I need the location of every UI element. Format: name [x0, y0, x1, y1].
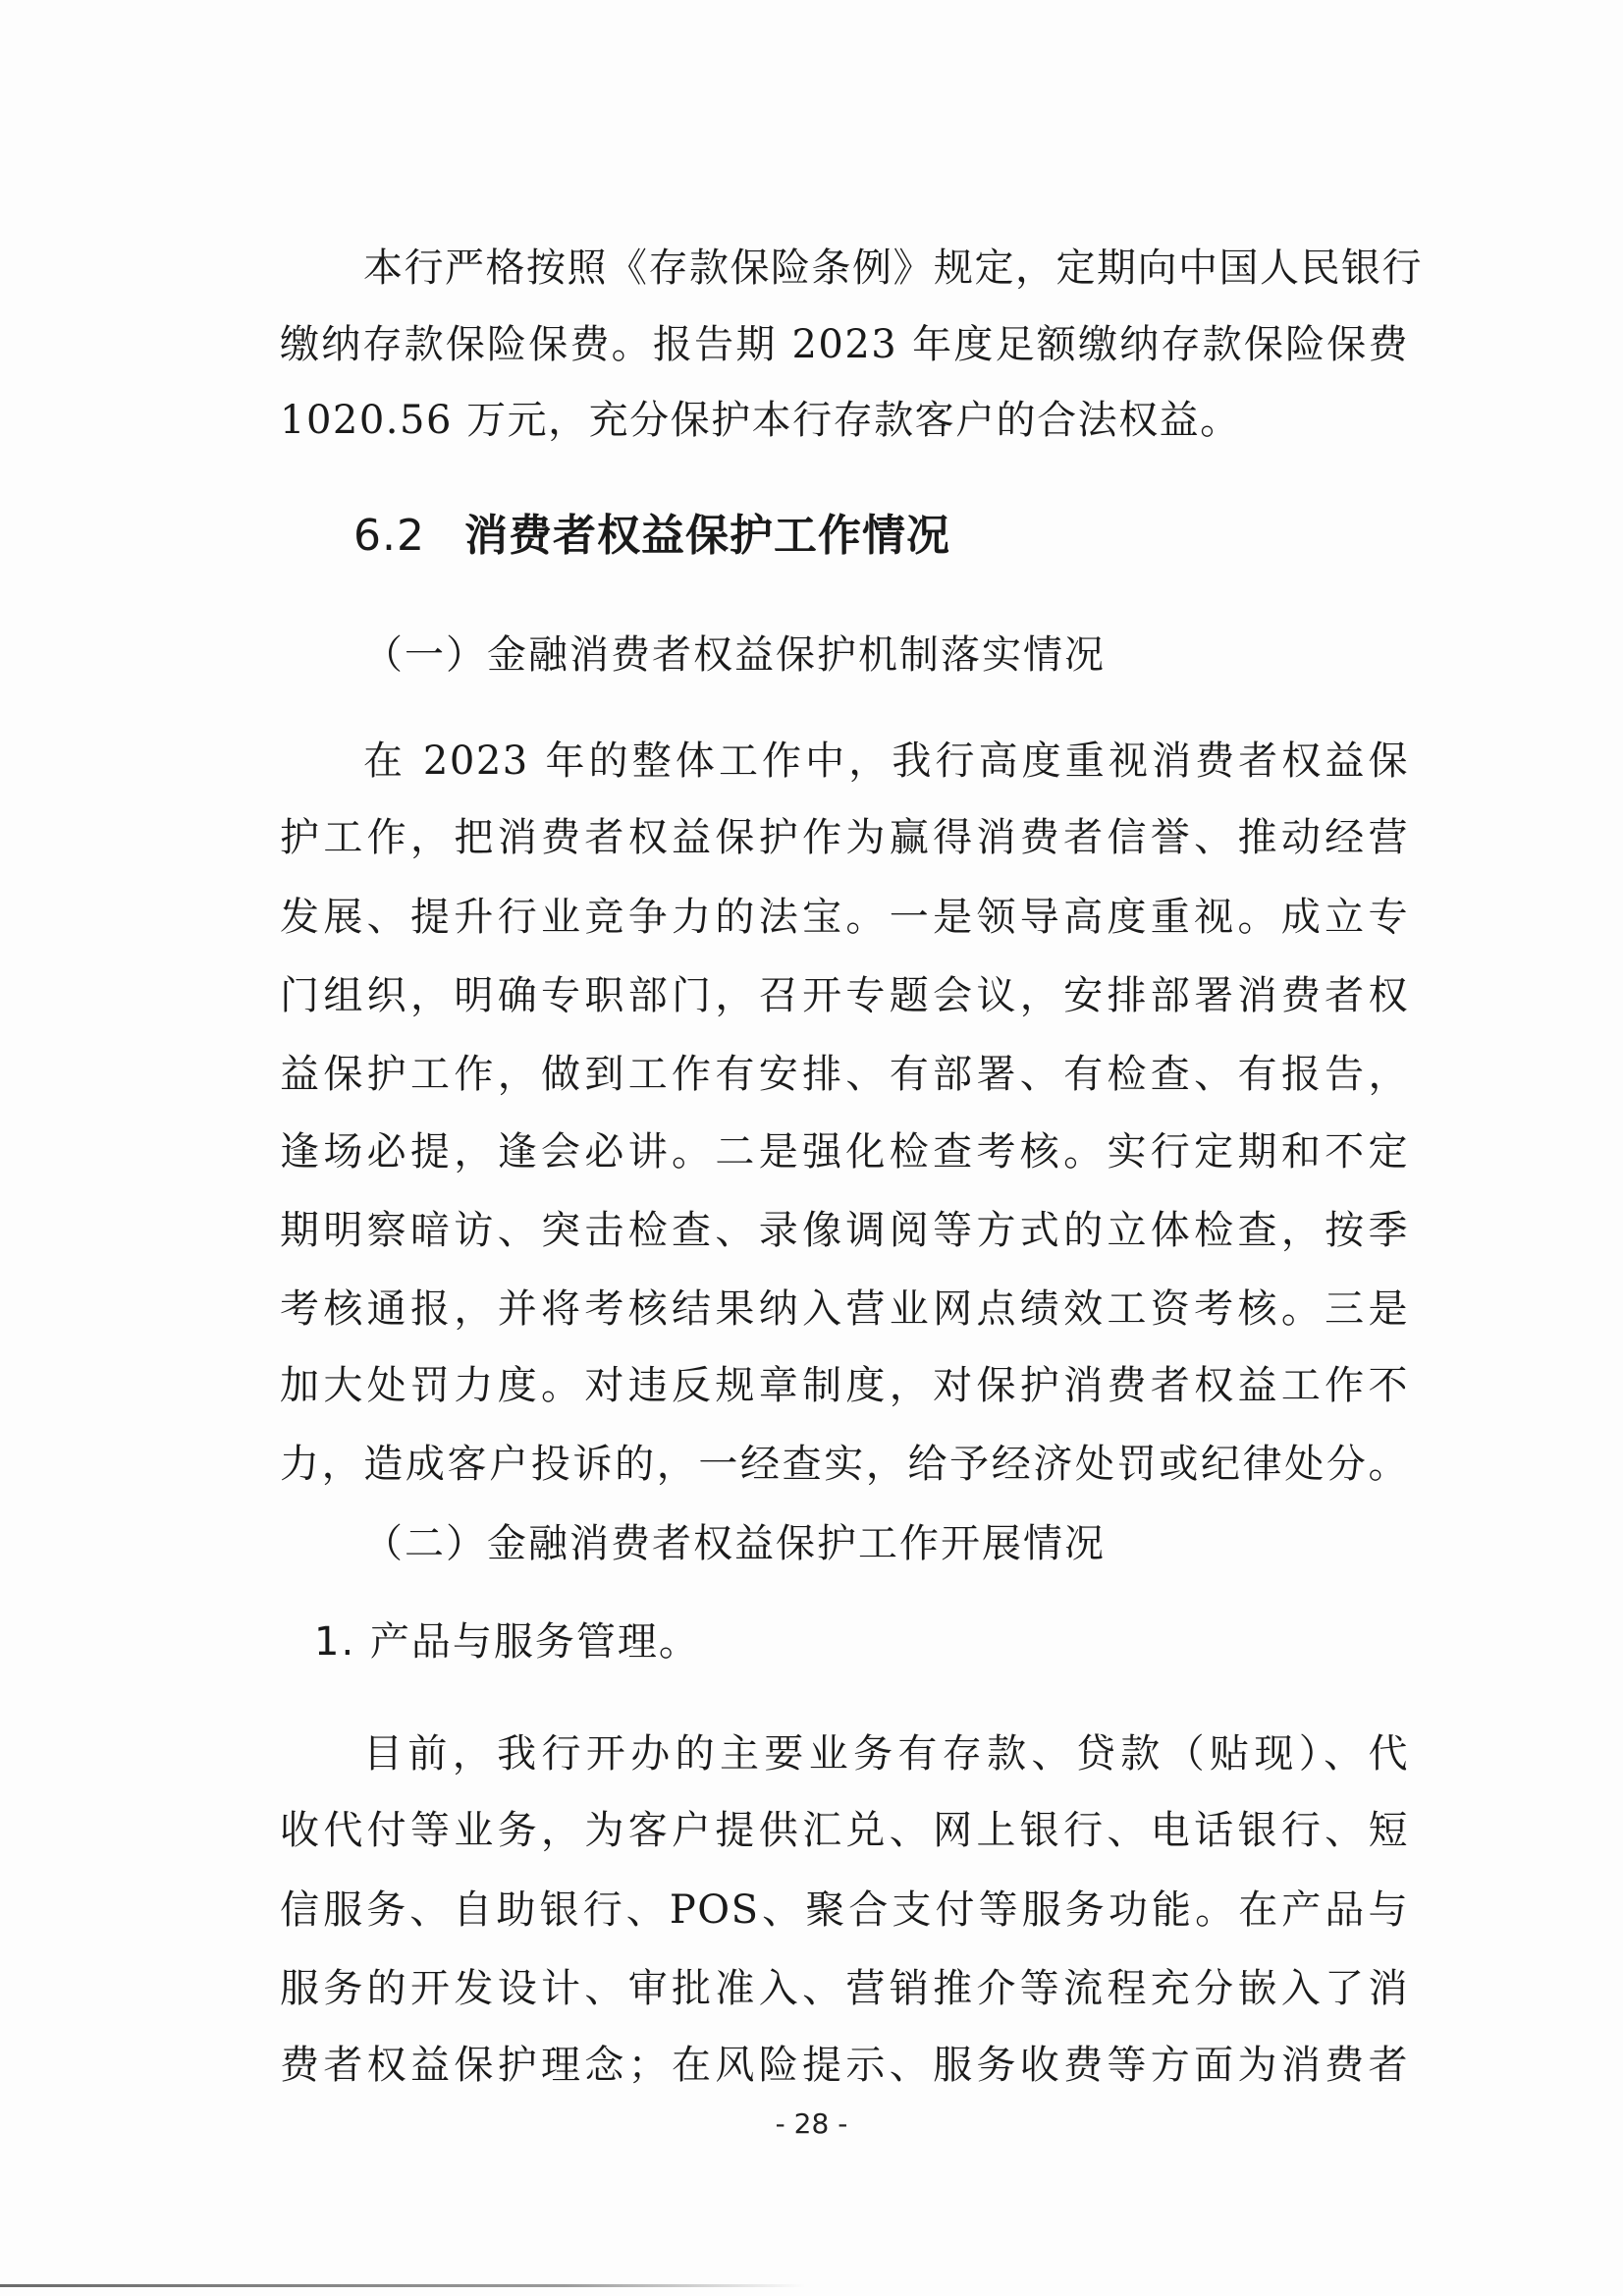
document-page: 本行严格按照《存款保险条例》规定，定期向中国人民银行 缴纳存款保险保费。报告期 …	[0, 0, 1623, 2296]
scan-edge-divider	[0, 2284, 805, 2287]
paragraph-line: 门组织，明确专职部门，召开专题会议，安排部署消费者权	[280, 972, 1409, 1019]
section-number: 6.2	[353, 511, 425, 561]
paragraph-line: 本行严格按照《存款保险条例》规定，定期向中国人民银行	[363, 245, 1409, 292]
paragraph-line: 缴纳存款保险保费。报告期 2023 年度足额缴纳存款保险保费	[280, 321, 1409, 368]
paragraph-line: 逢场必提，逢会必讲。二是强化检查考核。实行定期和不定	[280, 1128, 1409, 1175]
paragraph-line: 力，造成客户投诉的，一经查实，给予经济处罚或纪律处分。	[280, 1441, 1409, 1488]
paragraph-line: 发展、提升行业竞争力的法宝。一是领导高度重视。成立专	[280, 894, 1409, 941]
item-title: 1. 产品与服务管理。	[314, 1618, 700, 1666]
paragraph-line: 目前，我行开办的主要业务有存款、贷款（贴现）、代	[363, 1730, 1409, 1777]
paragraph-line: 收代付等业务，为客户提供汇兑、网上银行、电话银行、短	[280, 1807, 1409, 1854]
paragraph-line: 服务的开发设计、审批准入、营销推介等流程充分嵌入了消	[280, 1965, 1409, 2012]
paragraph-line: 加大处罚力度。对违反规章制度，对保护消费者权益工作不	[280, 1362, 1409, 1409]
paragraph-line: 信服务、自助银行、POS、聚合支付等服务功能。在产品与	[280, 1886, 1409, 1934]
section-heading: 6.2消费者权益保护工作情况	[353, 511, 950, 562]
paragraph-line: 益保护工作，做到工作有安排、有部署、有检查、有报告，	[280, 1051, 1409, 1098]
paragraph-line: 期明察暗访、突击检查、录像调阅等方式的立体检查，按季	[280, 1207, 1409, 1254]
subsection-title: （一）金融消费者权益保护机制落实情况	[363, 631, 1106, 679]
paragraph-line: 在 2023 年的整体工作中，我行高度重视消费者权益保	[363, 738, 1409, 785]
paragraph-line: 1020.56 万元，充分保护本行存款客户的合法权益。	[280, 397, 1409, 444]
paragraph-line: 费者权益保护理念；在风险提示、服务收费等方面为消费者	[280, 2042, 1409, 2089]
page-number: - 28 -	[0, 2106, 1623, 2142]
subsection-title: （二）金融消费者权益保护工作开展情况	[363, 1520, 1106, 1567]
section-title: 消费者权益保护工作情况	[464, 511, 950, 561]
paragraph-line: 护工作，把消费者权益保护作为赢得消费者信誉、推动经营	[280, 814, 1409, 861]
paragraph-line: 考核通报，并将考核结果纳入营业网点绩效工资考核。三是	[280, 1285, 1409, 1333]
